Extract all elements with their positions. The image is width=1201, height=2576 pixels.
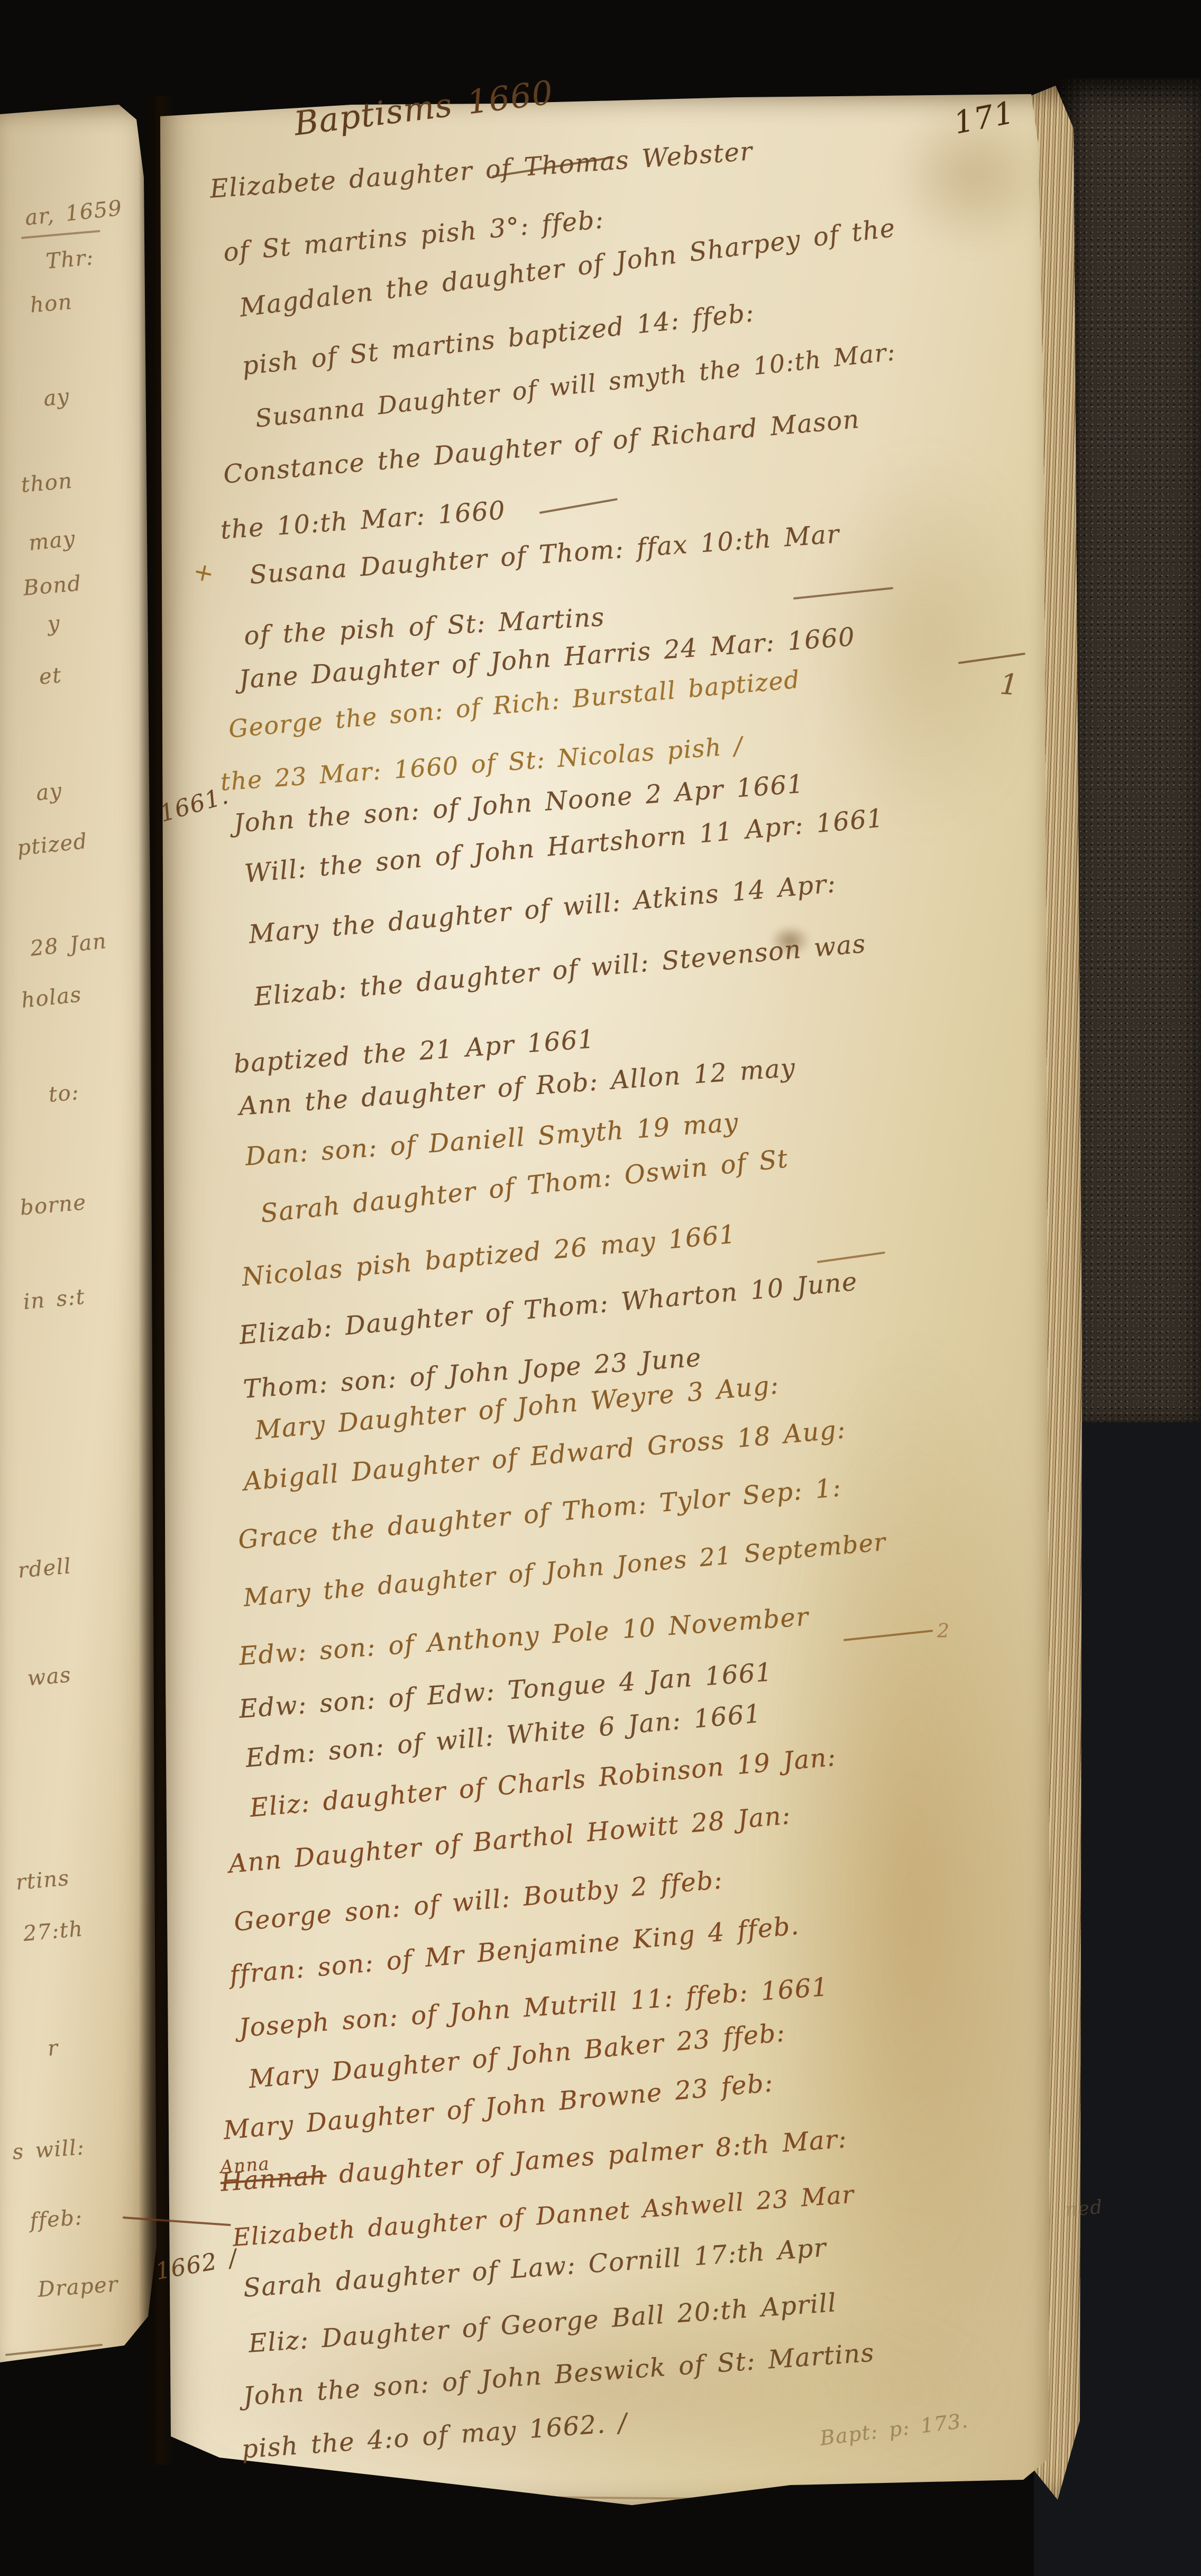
pen-flourish-dash xyxy=(958,652,1025,664)
left-page-fragment: to: xyxy=(48,1080,80,1107)
register-entry: the 10:th Mar: 1660 xyxy=(219,495,507,545)
pen-flourish-dash xyxy=(539,498,618,514)
register-entry: pish the 4:o of may 1662. / xyxy=(241,2408,629,2464)
left-page-fragment: in s:t xyxy=(22,1285,86,1314)
left-page-fragment: y xyxy=(47,611,61,637)
left-page-fragment: ptized xyxy=(16,829,89,861)
handwriting-layer: Baptisms 1660 171 Bapt: p: 173. Elizabet… xyxy=(0,0,1201,2576)
left-page-fragment: Draper xyxy=(37,2272,119,2302)
left-page-fragment: et xyxy=(38,663,63,689)
correction-text: Anna xyxy=(219,2154,270,2177)
margin-note: + xyxy=(191,556,217,588)
register-entry: Elizab: the daughter of will: Stevenson … xyxy=(253,929,867,1012)
margin-note: 1661. xyxy=(157,782,232,827)
left-page-fragment: ay xyxy=(42,384,71,411)
pen-flourish-dash xyxy=(793,587,893,600)
left-page-fragment: s will: xyxy=(12,2135,86,2164)
margin-note: 1662 / xyxy=(153,2244,240,2285)
left-page-fragment: hon xyxy=(29,290,74,318)
left-page-fragment: 27:th xyxy=(22,1917,84,1946)
left-page-fragment: rdell xyxy=(17,1554,72,1583)
page-title: Baptisms 1660 xyxy=(292,73,556,143)
left-page-fragment: r xyxy=(47,2036,60,2061)
register-entry: Nicolas pish baptized 26 may 1661 xyxy=(241,1219,737,1292)
left-page-fragment: borne xyxy=(19,1190,87,1220)
register-photo: Baptisms 1660 171 Bapt: p: 173. Elizabet… xyxy=(0,0,1201,2576)
margin-mark: 1 xyxy=(999,667,1020,702)
pen-flourish-dash xyxy=(5,2344,103,2356)
left-page-fragment: thon xyxy=(20,468,74,497)
left-page-fragment: Thr: xyxy=(45,245,95,274)
left-page-fragment: ay xyxy=(35,779,63,806)
left-page-fragment: Bond xyxy=(22,571,82,600)
page-number: 171 xyxy=(951,94,1017,141)
pen-flourish-dash xyxy=(844,1630,933,1641)
left-page-fragment: ffeb: xyxy=(29,2205,84,2233)
pen-flourish-dash xyxy=(817,1252,885,1263)
register-entry: Elizabete daughter of Thomas Webster xyxy=(209,136,754,204)
left-page-fragment: rtins xyxy=(15,1866,70,1895)
margin-mark: 2 xyxy=(937,1621,950,1642)
reference-note: Bapt: p: 173. xyxy=(819,2409,970,2450)
left-page-fragment: may xyxy=(27,527,77,556)
left-page-fragment: was xyxy=(26,1663,72,1691)
left-page-fragment: ar, 1659 xyxy=(24,196,124,231)
margin-mark: ned xyxy=(1064,2196,1104,2221)
pen-flourish-dash xyxy=(123,2216,231,2226)
left-page-fragment: holas xyxy=(20,982,83,1013)
pen-flourish-dash xyxy=(21,230,100,239)
left-page-fragment: 28 Jan xyxy=(29,929,108,961)
